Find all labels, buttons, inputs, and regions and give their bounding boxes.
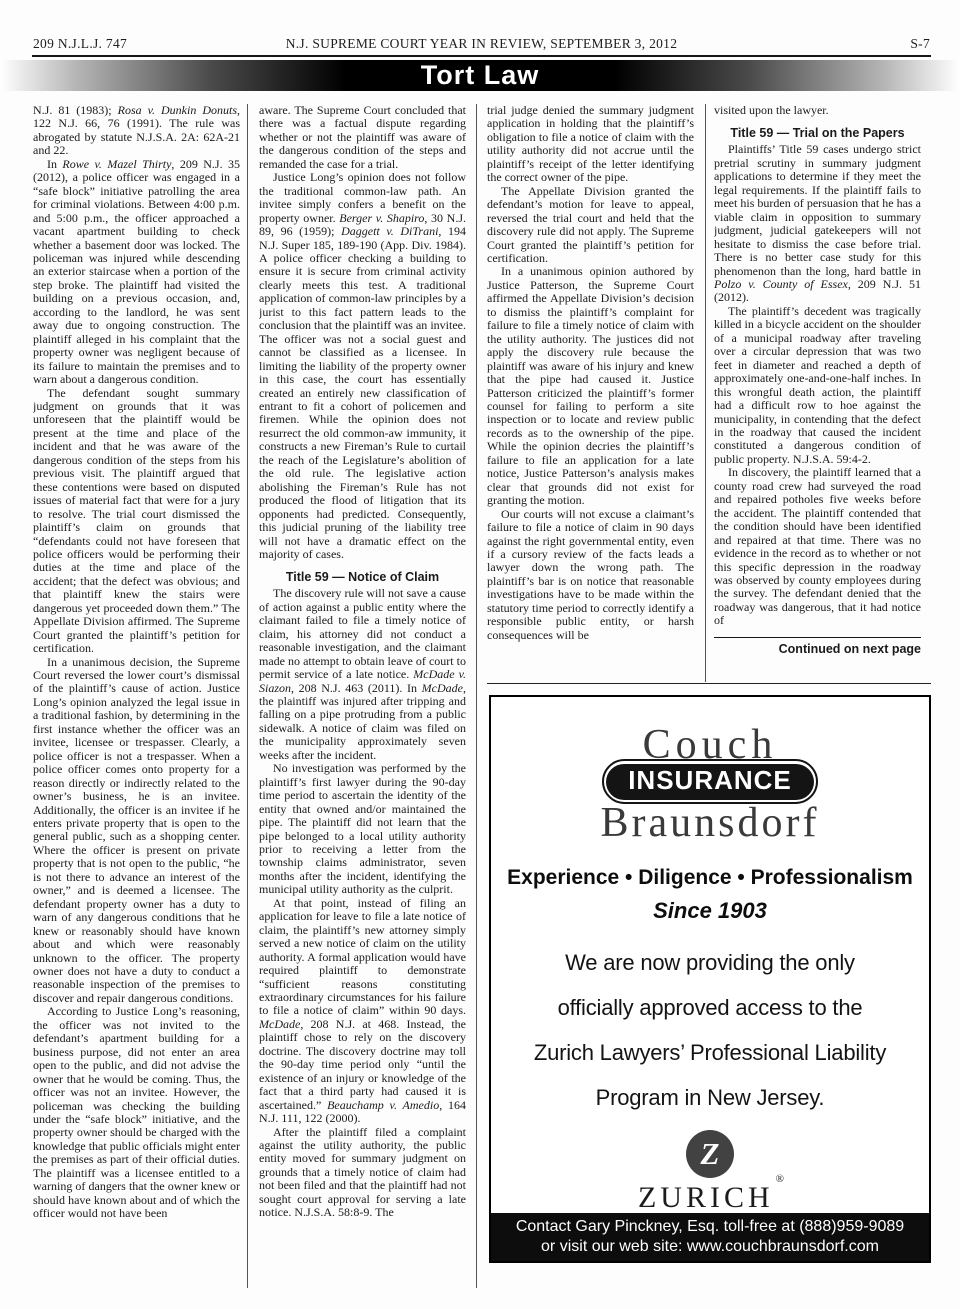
section-title: Tort Law — [421, 60, 540, 91]
ad-separator-rule — [487, 683, 931, 684]
ad-logo-insurance: INSURANCE — [606, 764, 814, 800]
column-divider — [247, 104, 248, 1288]
article-paragraph: After the plaintiff filed a complaint ag… — [259, 1126, 466, 1220]
zurich-wordmark: ZURICH® — [638, 1181, 782, 1215]
continued-notice: Continued on next page — [714, 637, 921, 656]
article-paragraph: According to Justice Long’s reasoning, t… — [33, 1005, 240, 1220]
article-column-1: N.J. 81 (1983); Rosa v. Dunkin Donuts, 1… — [33, 104, 240, 1290]
masthead-title: N.J. SUPREME COURT YEAR IN REVIEW, SEPTE… — [33, 36, 930, 52]
ad-tagline: Experience • Diligence • Professionalism — [507, 866, 913, 890]
zurich-logo: Z ZURICH® — [638, 1130, 782, 1215]
section-heading: Title 59 — Notice of Claim — [259, 570, 466, 584]
article-paragraph: The defendant sought summary judgment on… — [33, 387, 240, 656]
article-paragraph: The plaintiff’s decedent was tragically … — [714, 305, 921, 466]
column-divider — [476, 104, 477, 1288]
ad-body-line: Program in New Jersey. — [534, 1085, 886, 1111]
section-banner: Tort Law — [0, 60, 960, 91]
ad-logo-braunsdorf: Braunsdorf — [601, 800, 820, 846]
article-paragraph: In a unanimous opinion authored by Justi… — [487, 265, 694, 507]
article-paragraph: N.J. 81 (1983); Rosa v. Dunkin Donuts, 1… — [33, 104, 240, 158]
newspaper-page: N.J. SUPREME COURT YEAR IN REVIEW, SEPTE… — [0, 0, 960, 1309]
article-paragraph: In discovery, the plaintiff learned that… — [714, 466, 921, 627]
masthead-rule — [32, 55, 931, 57]
article-paragraph: In Rowe v. Mazel Thirty, 209 N.J. 35 (20… — [33, 158, 240, 387]
zurich-z-icon: Z — [686, 1130, 734, 1178]
article-paragraph: At that point, instead of filing an appl… — [259, 897, 466, 1126]
article-paragraph: visited upon the lawyer. — [714, 104, 921, 117]
article-paragraph: Justice Long’s opinion does not follow t… — [259, 171, 466, 561]
ad-body-line: officially approved access to the — [534, 995, 886, 1021]
ad-body-text: We are now providing the only officially… — [534, 950, 886, 1130]
article-paragraph: Plaintiffs’ Title 59 cases undergo stric… — [714, 143, 921, 304]
ad-contact-band: Contact Gary Pinckney, Esq. toll-free at… — [491, 1213, 929, 1261]
article-paragraph: trial judge denied the summary judgment … — [487, 104, 694, 185]
article-paragraph: No investigation was performed by the pl… — [259, 762, 466, 897]
article-paragraph: In a unanimous decision, the Supreme Cou… — [33, 656, 240, 1006]
zurich-name: ZURICH — [638, 1181, 774, 1214]
column-divider — [705, 104, 706, 682]
article-paragraph: aware. The Supreme Court concluded that … — [259, 104, 466, 171]
article-paragraph: The Appellate Division granted the defen… — [487, 185, 694, 266]
ad-contact-web: or visit our web site: www.couchbraunsdo… — [491, 1237, 929, 1257]
ad-body-line: Zurich Lawyers’ Professional Liability — [534, 1040, 886, 1066]
section-heading: Title 59 — Trial on the Papers — [714, 126, 921, 140]
ad-since: Since 1903 — [653, 898, 767, 924]
article-paragraph: Our courts will not excuse a claimant’s … — [487, 508, 694, 643]
ad-body-line: We are now providing the only — [534, 950, 886, 976]
registered-mark: ® — [776, 1173, 784, 1185]
couch-braunsdorf-ad: Couch INSURANCE Braunsdorf Experience • … — [489, 695, 931, 1263]
article-column-2: aware. The Supreme Court concluded that … — [259, 104, 466, 1290]
ad-logo-insurance-pill: INSURANCE — [602, 759, 819, 804]
article-paragraph: The discovery rule will not save a cause… — [259, 587, 466, 762]
masthead: N.J. SUPREME COURT YEAR IN REVIEW, SEPTE… — [33, 36, 930, 52]
ad-contact-phone: Contact Gary Pinckney, Esq. toll-free at… — [491, 1217, 929, 1237]
